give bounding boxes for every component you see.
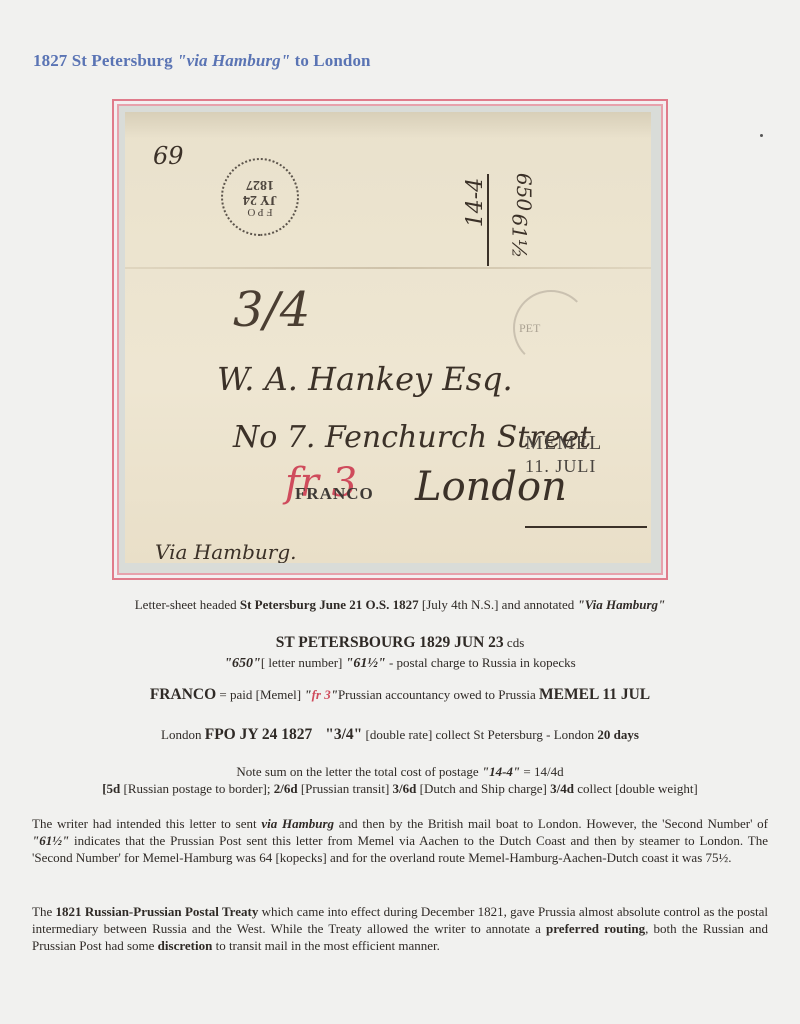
letter-sheet: 69 F P O JY 24 1827 14-4 650 61½ PET 3/4… — [125, 112, 651, 563]
st-petersburg-ghost-cds: PET — [513, 290, 589, 366]
letter-top-edge — [125, 112, 651, 138]
cds-line2: JY 24 — [243, 191, 277, 206]
page-title: 1827 St Petersburg "via Hamburg" to Lond… — [33, 51, 371, 71]
caption-line-3: "650"[ letter number] "61½" - postal cha… — [0, 655, 800, 672]
russian-number-bottom: 61½ — [507, 214, 531, 259]
charge-sum: 14-4 — [463, 178, 488, 227]
title-prefix: 1827 St Petersburg — [33, 51, 177, 70]
top-left-numeral: 69 — [153, 140, 184, 168]
cds-line3: 1827 — [246, 177, 274, 192]
addressee-name: W. A. Hankey Esq. — [217, 360, 513, 398]
title-suffix: to London — [290, 51, 370, 70]
city-underline — [525, 526, 647, 528]
charge-divider-line — [487, 174, 489, 266]
letter-fold-line — [125, 267, 651, 269]
caption-line-7: [5d [Russian postage to border]; 2/6d [P… — [0, 781, 800, 797]
rate-manuscript: 3/4 — [233, 282, 310, 338]
cds-line1: F P O — [247, 206, 272, 218]
russian-number-top: 650 — [512, 173, 536, 211]
letter-image-frame: 69 F P O JY 24 1827 14-4 650 61½ PET 3/4… — [112, 99, 668, 580]
paragraph-routing: The writer had intended this letter to s… — [32, 815, 768, 866]
franco-stamp: FRANCO — [295, 484, 374, 504]
caption-line-2: ST PETERSBOURG 1829 JUN 23 cds — [0, 634, 800, 652]
routing-note: Via Hamburg. — [155, 540, 297, 563]
addressee-city: London — [415, 464, 567, 510]
caption-line-5: London FPO JY 24 1827 "3/4" [double rate… — [0, 726, 800, 744]
red-fr3-text: fr 3 — [312, 687, 331, 702]
paragraph-treaty: The 1821 Russian-Prussian Postal Treaty … — [32, 903, 768, 954]
letter-image-mount: 69 F P O JY 24 1827 14-4 650 61½ PET 3/4… — [117, 104, 663, 575]
fpo-cds-postmark: F P O JY 24 1827 — [221, 158, 299, 236]
page-speck — [760, 134, 763, 137]
caption-line-4: FRANCO = paid [Memel] "fr 3"Prussian acc… — [0, 686, 800, 704]
caption-line-1: Letter-sheet headed St Petersburg June 2… — [0, 597, 800, 613]
memel-stamp-line1: MEMEL — [525, 432, 602, 455]
caption-line-6: Note sum on the letter the total cost of… — [0, 764, 800, 780]
title-italic: "via Hamburg" — [177, 51, 290, 70]
